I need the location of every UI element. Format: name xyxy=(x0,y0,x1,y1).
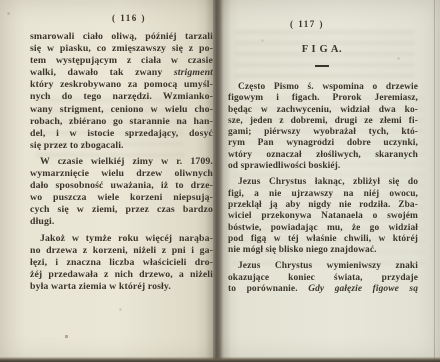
text-line: walki, dawało tak zwany strigment xyxy=(30,67,213,79)
text-line: długi. xyxy=(30,216,213,228)
text-line: smarowali ciało oliwą, późniéj tarzali xyxy=(30,31,213,43)
text-line: robach, zbiérano go starannie na han- xyxy=(30,116,213,128)
book-scan: ( 116 ) smarowali ciało oliwą, późniéj t… xyxy=(0,0,440,362)
text-line: wtóry oznaczał złośliwych, skaranych xyxy=(228,150,418,161)
text-line: cych się w ziemi, przez czas bardzo xyxy=(30,204,213,216)
paragraph: Często Pismo ś. wspomina o drzewiefigowy… xyxy=(228,82,418,172)
text-line: łęzi, i znaczna liczba właścicieli dro- xyxy=(30,257,213,269)
right-page-text: Często Pismo ś. wspomina o drzewiefigowy… xyxy=(228,82,418,295)
page-number-right: ( 117 ) xyxy=(290,19,324,29)
text-line: się przez to zbogacali. xyxy=(30,140,213,152)
text-line: pod figą w téj właśnie chwili, w któréj xyxy=(228,234,418,245)
text-line: będąc w zachwyceniu, widział dwa ko- xyxy=(228,105,418,116)
italic-text: strigment xyxy=(174,67,213,78)
paragraph: Jakoż w tymże roku więcéj narąba-no drze… xyxy=(30,233,213,293)
text-line: była warta ziemia w któréj rosły. xyxy=(30,281,213,293)
text-line: figowym i figach. Prorok Jeremiasz, xyxy=(228,93,418,104)
text-line: wo puszcza wiele korzeni niepsują- xyxy=(30,192,213,204)
text-line: żéj przedawała z nich drzewo, a niżeli xyxy=(30,269,213,281)
text-line: figi, a nie ujrzawszy na niéj owocu, xyxy=(228,189,418,200)
paragraph: W czasie wielkiéj zimy w r. 1709.wymarzn… xyxy=(30,156,213,229)
text-line: sze, jeden z dobremi, drugi ze złemi fi- xyxy=(228,116,418,127)
text-line: od sprawiedliwości boskiéj. xyxy=(228,161,418,172)
text-line: okazujące koniec świata, przydaje xyxy=(228,273,418,284)
text-line: wymarznięcie wielu drzew oliwnych xyxy=(30,168,213,180)
page-number-left: ( 116 ) xyxy=(112,13,146,23)
scan-edge-bottom xyxy=(0,357,440,362)
text-line: bóstwie, powiadając mu, że go widział xyxy=(228,223,418,234)
text-line: gami; piérwszy wyobrażał tych, któ- xyxy=(228,127,418,138)
text-line: przeklął ją aby nigdy nie rodziła. Zba- xyxy=(228,200,418,211)
text-line: nych do tego narzędzi. Wzmianko- xyxy=(30,91,213,103)
text-line: Jezus Chrystus wymieniwszy znaki xyxy=(228,261,418,272)
text-line: który zeskrobywano za pomocą umyśl- xyxy=(30,79,213,91)
chapter-title: F I G A. xyxy=(302,44,343,55)
text-line: W czasie wielkiéj zimy w r. 1709. xyxy=(30,156,213,168)
text-line: się w piasku, co zmięszawszy się z po- xyxy=(30,43,213,55)
page-right: ( 117 ) F I G A. Często Pismo ś. wspomin… xyxy=(213,0,440,362)
left-page-text: smarowali ciało oliwą, późniéj tarzalisi… xyxy=(30,31,213,293)
text-line: nie mógł się blisko niego znajdować. xyxy=(228,245,418,256)
text-line: Jezus Chrystus łaknąc, zbliżył się do xyxy=(228,177,418,188)
paragraph: Jezus Chrystus wymieniwszy znakiokazując… xyxy=(228,261,418,295)
paragraph: Jezus Chrystus łaknąc, zbliżył się dofig… xyxy=(228,177,418,256)
text-line: tem występującym z ciała w czasie xyxy=(30,55,213,67)
text-line: dało sposobność uważania, iż to drze- xyxy=(30,180,213,192)
text-line: del, i w istocie sprzedający, dosyć xyxy=(30,128,213,140)
italic-text: Gdy gałęzie figowe są xyxy=(308,284,418,294)
text-line: wiciel przekonywa Natanaela o swojém xyxy=(228,211,418,222)
text-line: no drzewa z korzeni, niżeli z pni i ga- xyxy=(30,245,213,257)
scan-edge-right xyxy=(434,0,435,362)
text-line: Jakoż w tymże roku więcéj narąba- xyxy=(30,233,213,245)
title-rule xyxy=(315,65,329,67)
page-left: ( 116 ) smarowali ciało oliwą, późniéj t… xyxy=(0,0,213,362)
text-line: to porównanie. Gdy gałęzie figowe są xyxy=(228,284,418,295)
text-line: Często Pismo ś. wspomina o drzewie xyxy=(228,82,418,93)
paragraph: smarowali ciało oliwą, późniéj tarzalisi… xyxy=(30,31,213,152)
paper-speckles xyxy=(0,0,1,1)
text-line: rym Pan wynagrodzi dobre uczynki, xyxy=(228,138,418,149)
text-line: wany strigment, ceniono w wielu cho- xyxy=(30,104,213,116)
